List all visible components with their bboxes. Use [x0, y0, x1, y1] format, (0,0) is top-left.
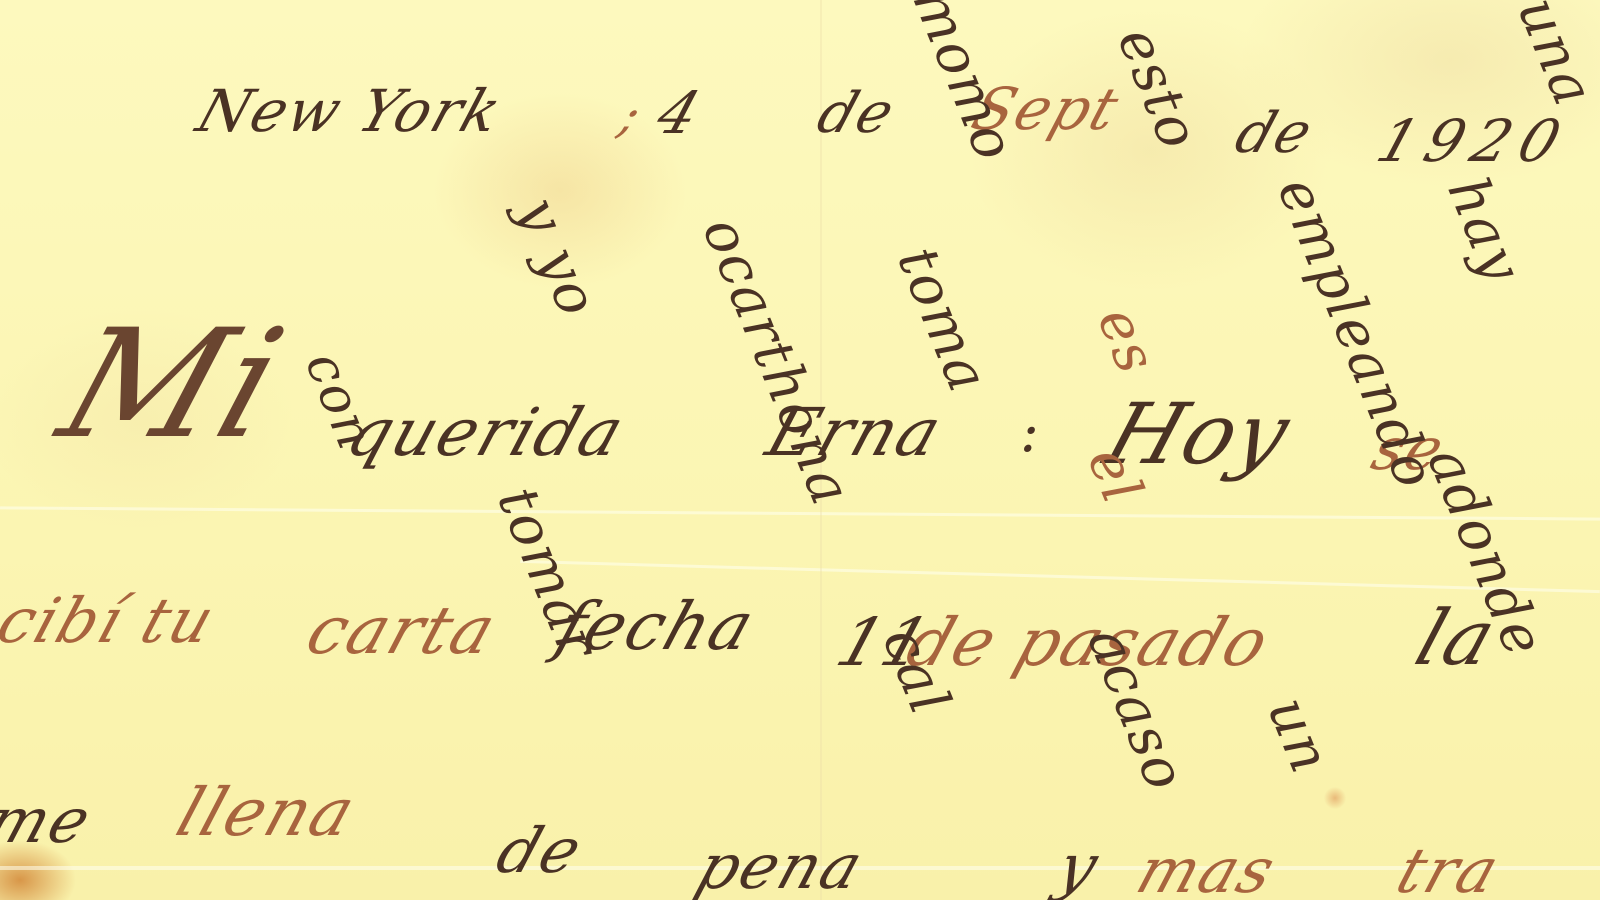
- header-place: New York: [191, 82, 510, 140]
- body-word: pena: [690, 836, 871, 898]
- body-word: tra: [1390, 840, 1508, 900]
- body-word: mas: [1130, 840, 1284, 900]
- body-word: recibí tu: [0, 590, 223, 652]
- body-word: carta: [299, 598, 504, 664]
- salutation-colon: :: [1020, 405, 1041, 461]
- body-word: llena: [169, 780, 364, 846]
- header-year: 1920: [1371, 112, 1577, 170]
